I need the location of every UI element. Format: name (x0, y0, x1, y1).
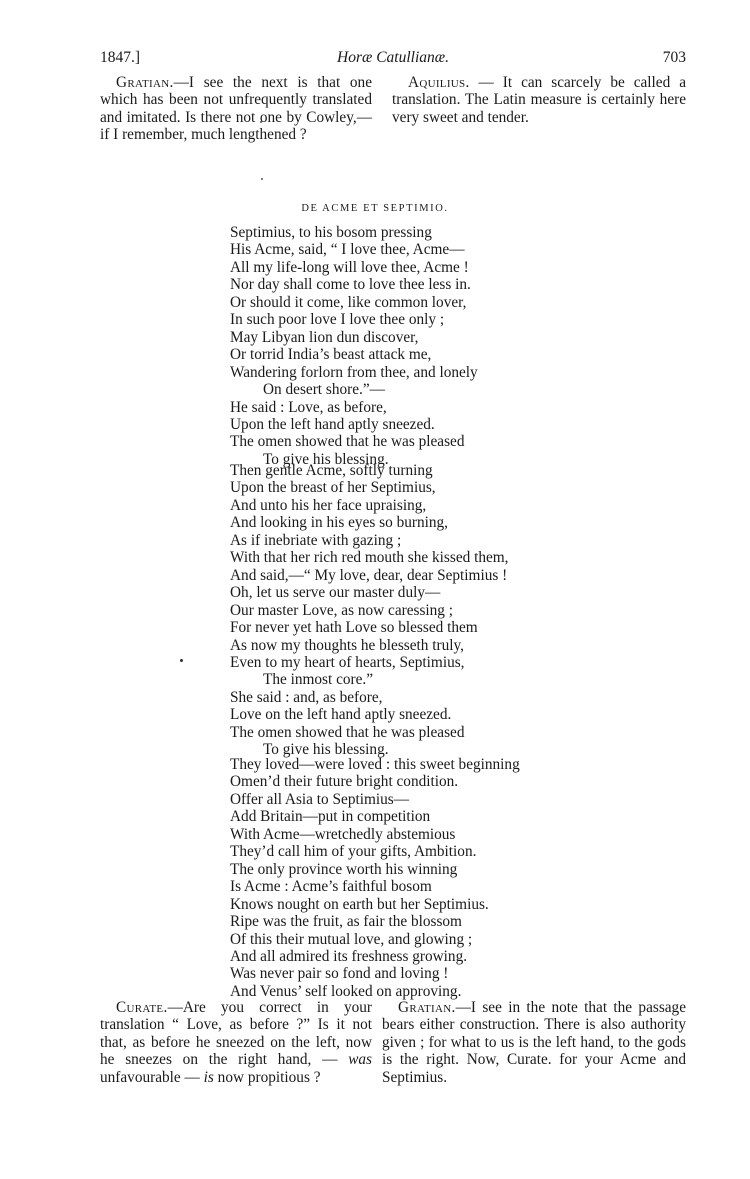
poem-line: Love on the left hand aptly sneezed. (230, 706, 590, 723)
poem-line: As now my thoughts he blesseth truly, (230, 637, 590, 654)
poem-line: And looking in his eyes so burning, (230, 514, 590, 531)
poem-line: They loved—were loved : this sweet begin… (230, 756, 590, 773)
poem-stanza-1: Septimius, to his bosom pressing His Acm… (230, 224, 590, 468)
poem-line: The inmost core.” (230, 671, 590, 688)
header-running-title: Horæ Catullianæ. (100, 49, 686, 67)
poem-line: Upon the left hand aptly sneezed. (230, 416, 590, 433)
poem-line: Of this their mutual love, and glowing ; (230, 931, 590, 948)
paragraph: Gratian.—I see the next is that one whic… (100, 74, 372, 144)
speech-text: unfavourable — (100, 1069, 204, 1086)
speaker-name: Gratian. (398, 999, 456, 1016)
poem-line: And said,—“ My love, dear, dear Septimiu… (230, 567, 590, 584)
speaker-name: Aquilius. (408, 74, 470, 91)
poem-title: De Acme et Septimio. (0, 203, 750, 214)
poem-line: And Venus’ self looked on approving. (230, 983, 590, 1000)
poem-line: Knows nought on earth but her Septimius. (230, 896, 590, 913)
dialogue-aquilius-top: Aquilius. — It can scarcely be called a … (392, 74, 686, 126)
print-speck (260, 121, 262, 123)
poem-line: Omen’d their future bright condition. (230, 773, 590, 790)
poem-line: Was never pair so fond and loving ! (230, 965, 590, 982)
poem-line: With Acme—wretchedly abstemious (230, 826, 590, 843)
poem-line: He said : Love, as before, (230, 399, 590, 416)
poem-line: In such poor love I love thee only ; (230, 311, 590, 328)
emphasis: was (348, 1051, 372, 1068)
print-speck (261, 178, 263, 180)
poem-line: Even to my heart of hearts, Septimius, (230, 654, 590, 671)
emphasis: is (204, 1069, 214, 1086)
poem-line: They’d call him of your gifts, Ambition. (230, 843, 590, 860)
poem-line: All my life-long will love thee, Acme ! (230, 259, 590, 276)
speaker-name: Gratian. (116, 74, 174, 91)
poem-stanza-2: Then gentle Acme, softly turning Upon th… (230, 462, 590, 759)
poem-line: Then gentle Acme, softly turning (230, 462, 590, 479)
poem-line: And unto his her face upraising, (230, 497, 590, 514)
paragraph: Gratian.—I see in the note that the pass… (382, 999, 686, 1086)
paragraph: Curate.—Are you correct in your translat… (100, 999, 372, 1086)
poem-line: For never yet hath Love so blessed them (230, 619, 590, 636)
poem-line: Septimius, to his bosom pressing (230, 224, 590, 241)
poem-line: On desert shore.”— (230, 381, 590, 398)
poem-line: May Libyan lion dun discover, (230, 329, 590, 346)
poem-line: Offer all Asia to Septimius— (230, 791, 590, 808)
poem-line: Wandering forlorn from thee, and lonely (230, 364, 590, 381)
poem-line: The omen showed that he was pleased (230, 433, 590, 450)
print-speck (180, 659, 183, 662)
poem-line: Our master Love, as now caressing ; (230, 602, 590, 619)
poem-line: The omen showed that he was pleased (230, 724, 590, 741)
page-number: 703 (663, 49, 686, 67)
poem-line: Is Acme : Acme’s faithful bosom (230, 878, 590, 895)
paragraph: Aquilius. — It can scarcely be called a … (392, 74, 686, 126)
poem-line: She said : and, as before, (230, 689, 590, 706)
poem-line: Or torrid India’s beast attack me, (230, 346, 590, 363)
poem-line: Nor day shall come to love thee less in. (230, 276, 590, 293)
poem-line: And all admired its freshness growing. (230, 948, 590, 965)
poem-line: Or should it come, like common lover, (230, 294, 590, 311)
poem-line: Add Britain—put in competition (230, 808, 590, 825)
poem-stanza-3: They loved—were loved : this sweet begin… (230, 756, 590, 1000)
poem-line: With that her rich red mouth she kissed … (230, 549, 590, 566)
poem-line: His Acme, said, “ I love thee, Acme— (230, 241, 590, 258)
running-header: 1847.] Horæ Catullianæ. 703 (100, 49, 686, 71)
book-page: 1847.] Horæ Catullianæ. 703 Gratian.—I s… (0, 0, 750, 1179)
dialogue-gratian-bottom: Gratian.—I see in the note that the pass… (382, 999, 686, 1086)
poem-line: The only province worth his winning (230, 861, 590, 878)
speech-text: now propitious ? (214, 1069, 321, 1086)
dialogue-gratian-top: Gratian.—I see the next is that one whic… (100, 74, 372, 144)
poem-line: Ripe was the fruit, as fair the blossom (230, 913, 590, 930)
dialogue-curate-bottom: Curate.—Are you correct in your translat… (100, 999, 372, 1086)
poem-line: Oh, let us serve our master duly— (230, 584, 590, 601)
poem-line: Upon the breast of her Septimius, (230, 479, 590, 496)
poem-line: As if inebriate with gazing ; (230, 532, 590, 549)
speaker-name: Curate. (116, 999, 168, 1016)
